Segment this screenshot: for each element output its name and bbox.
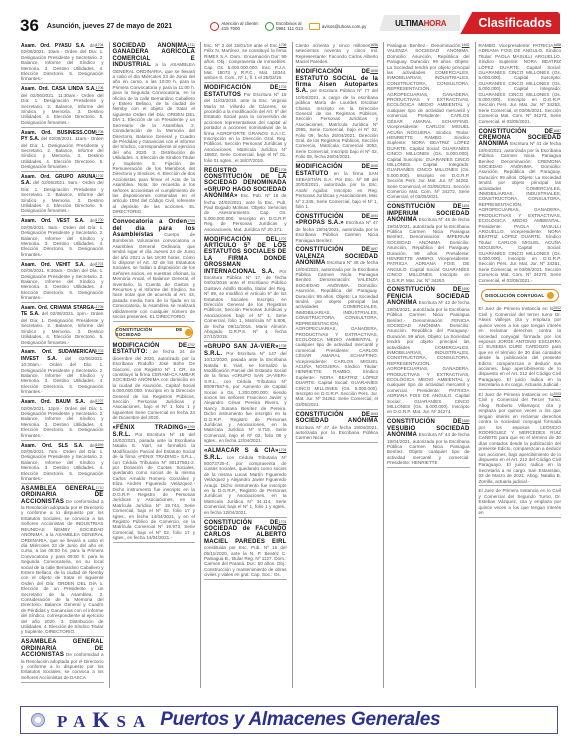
notice-code: 1703: [279, 85, 287, 90]
legal-notice: 1706Esc. Nº 3 del 15/01/19 ante el Esc. …: [204, 43, 287, 83]
notice-code: 1701: [279, 520, 287, 525]
paksa-advertisement[interactable]: PAKSA Puertos y Almacenes Generales: [20, 706, 558, 734]
brand-letter: A: [73, 712, 92, 731]
notice-body: Escritura Nº 48 de fecha 19/04/2021, aut…: [296, 260, 379, 407]
legal-notice: 1690CONSTITUCIÓN DE FENICIA SOCIEDAD ANÓ…: [387, 287, 470, 417]
legal-notice: 1699Asam. Ord. SLS S.A. del 02/06/2021. …: [21, 443, 104, 484]
notice-title: Asam. Ord. SLS S.A.: [21, 443, 84, 449]
notice-code: 1700: [96, 218, 104, 223]
legal-notice: 1709Convocatoria a Orden del día para lo…: [113, 219, 196, 322]
notice-body: Por Escritura Nº 15 del 15/02/2021, pasa…: [113, 432, 196, 541]
notice-body: del 02/06/2021. 8am.- Orden del Día: 1. …: [21, 218, 104, 256]
notice-body: El Juez de Primera Instancia en lo Civil…: [479, 488, 562, 515]
legal-notice: 1702Asam. Ord. GRUPO ARUNA S.A. del 02/0…: [21, 174, 104, 216]
section-icon: [185, 329, 192, 336]
contact-phone[interactable]: Atención al cliente:415 7000: [210, 21, 259, 31]
legal-notice: 1693CONSTITUCIÓN DE SOCIEDAD ANÓNIMA Esc…: [296, 412, 379, 444]
notice-title: Asam. Ord. PYASU S.A.: [21, 43, 85, 49]
classifieds-columns: 1704Asam. Ord. PYASU S.A. del 02/06/2021…: [18, 42, 564, 688]
contact-value: avisos@uhora.com.py: [322, 24, 367, 29]
notice-code: 1703: [96, 349, 104, 354]
legal-notice: 1696Ciento ochenta y cinco millones sete…: [296, 43, 379, 67]
legal-notice: 1708Asam. Ord. BUSINESS.COM PY S.A. del …: [21, 130, 104, 172]
notice-code: 1698: [370, 69, 378, 74]
notice-code: 1707: [279, 237, 287, 242]
section-label: CONSTITUCIÓN DE SOCIEDAD: [115, 326, 194, 339]
notice-body: Por Escritura Nº 15 del 11/03/2019, ante…: [204, 92, 287, 163]
column-6: 1688RAMBO. Vicepresidente: PATRICIA ADRI…: [475, 42, 565, 688]
page-header: 36 Asunción, jueves 27 de mayo de 2021 A…: [20, 12, 560, 40]
notice-code: 1690: [462, 287, 470, 292]
legal-notice: 1702MODIFICACIÓN DE ESTATUTO: de fecha 2…: [113, 343, 196, 423]
notice-body: por Escritura Pública Nº 77 del 10/04/20…: [296, 88, 379, 159]
legal-notice: 1695MODIFICACIÓN DE ESTATUTO en la firma…: [296, 164, 379, 212]
legal-notice: 1701Asam. Ord. VEHIT S.A. del 02/06/2021…: [21, 262, 104, 303]
legal-notice: 1698MODIFICACIÓN DE ESTATUTO SOCIAL de l…: [296, 69, 379, 162]
notice-body: del 02/06/2021. 10am.- Orden del Día: 1.…: [21, 43, 104, 81]
notice-code: 1687: [553, 129, 561, 134]
logo-ultima: ULTIMA: [395, 19, 423, 28]
page-number: 36: [20, 16, 39, 36]
paksa-brand: PAKSA: [57, 707, 152, 733]
notice-code: 1702: [187, 343, 195, 348]
legal-notice: 1692Paniagua Benítez.- Denominación: VAL…: [387, 43, 470, 202]
notice-body: de fecha 24 de diciembre del 2020, autor…: [113, 349, 196, 420]
notice-code: 1702: [96, 174, 104, 179]
brand-letter: K: [92, 707, 116, 732]
notice-body: constituida por Esc. Pub. Nº 16 del 05/1…: [204, 545, 287, 577]
notice-body: Paniagua Benítez.- Denominación: VALENZA…: [387, 43, 470, 199]
notice-code: 1710: [96, 486, 104, 491]
notice-body: del 02/06/2021. 12pm.- Orden del Día: 1.…: [21, 399, 104, 437]
legal-notice: 1701CONSTITUCIÓN DE SOCIEDAD de FACUNDO …: [204, 520, 287, 581]
mail-icon: [309, 23, 320, 30]
legal-notice: El Juez de Primera Instancia en lo Civil…: [479, 488, 562, 518]
notice-code: 1691: [462, 204, 470, 209]
notice-body: Por Escritura Pública Nº 17, de fecha 04…: [204, 269, 287, 340]
notice-body: Escritura Nº 45 de fecha 19/04/2021, aut…: [387, 217, 470, 282]
legal-notice: 1700Asam. Ord. VEST S.A. del 02/06/2021.…: [21, 218, 104, 259]
legal-notice: 1705Asam. Ord. CRIAMIA STARGA-TE S.A. de…: [21, 305, 104, 347]
section-brand: ULTIMAHORA Clasificados: [379, 12, 560, 34]
notice-title: MODIFICACIÓN DEL ARTÍCULO 5º DE LOS ESTA…: [204, 237, 287, 275]
notice-code: 1708: [96, 130, 104, 135]
notice-code: 1694: [370, 214, 378, 219]
notice-body: Escritura Nº 41 de fecha 19/04/2021, aut…: [479, 141, 562, 282]
legal-notice: 1704Asam. Ord. PYASU S.A. del 02/06/2021…: [21, 43, 104, 84]
notice-body: Escritura Nº 42 de fecha 19/04/2021, aut…: [387, 300, 470, 414]
contact-value: 415 7000: [221, 26, 240, 31]
legal-notice: 1705REGISTRO DE CONSTITUCIÓN DE LA SOCIE…: [204, 168, 287, 235]
column-1: 1704Asam. Ord. PYASU S.A. del 02/06/2021…: [18, 42, 107, 688]
notice-code: 1704: [96, 43, 104, 48]
notice-code: 1695: [370, 164, 378, 169]
notice-title: Asam. Ord. BAUM S.A.: [21, 399, 85, 405]
notice-code: 1707: [96, 399, 104, 404]
notice-body: del 02/06/2021. 10:30am.- Orden del Día:…: [21, 356, 104, 394]
column-5: 1692Paniagua Benítez.- Denominación: VAL…: [383, 42, 473, 688]
notice-code: 1708: [279, 344, 287, 349]
notice-code: 1697: [370, 247, 378, 252]
newspaper-logo: ULTIMAHORA: [379, 15, 460, 31]
legal-notice: 1710ASAMBLEA GENERAL ORDINARIA DE ACCION…: [21, 486, 104, 637]
legal-notice: 1707Asam. Ord. BAUM S.A. del 02/06/2021.…: [21, 399, 104, 440]
notice-title: Asam. Ord. VEHIT S.A.: [21, 262, 85, 268]
notice-code: 1705: [279, 168, 287, 173]
contact-whatsapp[interactable]: Escribinos al0981 111 013: [265, 21, 303, 31]
notice-body: en la firma SAN SEBASTIÁN S.A. Por Esc. …: [296, 171, 379, 209]
column-3: 1706Esc. Nº 3 del 15/01/19 ante el Esc. …: [200, 42, 290, 688]
notice-title: Asam. Ord. CASA LINDA S.A.: [21, 86, 96, 92]
notice-code: 1711: [187, 43, 195, 48]
paksa-tagline: Puertos y Almacenes Generales: [160, 709, 440, 731]
whatsapp-icon: [265, 22, 274, 31]
contact-bar: Atención al cliente:415 7000 Escribinos …: [210, 21, 366, 31]
section-title: Clasificados: [460, 12, 560, 34]
column-4: 1696Ciento ochenta y cinco millones sete…: [292, 42, 382, 688]
notice-body: del 02/06/2021. 9am.- Orden del Día: 1. …: [21, 180, 104, 213]
notice-body: El Juez de Primera Instancia en lo Civil…: [479, 392, 562, 484]
notice-code: 1689: [462, 419, 470, 424]
notice-body: Esc. Pub. Nº 16 de fecha 24/02/2021, ant…: [204, 193, 287, 231]
notice-body: del 02/06/2021. 8:30am.- Orden del Día: …: [21, 262, 104, 300]
contact-email[interactable]: avisos@uhora.com.py: [309, 23, 367, 30]
notice-body: Ciento ochenta y cinco millones setecien…: [296, 43, 379, 64]
page-date: Asunción, jueves 27 de mayo de 2021: [47, 23, 172, 30]
legal-notice: 1711SOCIEDAD ANÓNIMA GANADERA AGRÍCOLA C…: [113, 43, 196, 217]
notice-title: Asam. Ord. VEST S.A.: [21, 218, 85, 224]
section-label-text: CONSTITUCIÓN DE SOCIEDAD: [116, 327, 183, 338]
notice-body: Por Escritura Nº 147 del 10/12/2020, pas…: [204, 351, 287, 444]
notice-code: 1699: [96, 443, 104, 448]
legal-notice: 1703Asam. Ord. SUDAMERICAN INVEST S.A. d…: [21, 349, 104, 397]
notice-code: 1693: [370, 412, 378, 417]
section-label-text: DISOLUCIÓN CONYUGAL: [485, 293, 544, 298]
notice-body: del 02/06/2021. 7am.- Orden del Día: 1. …: [21, 443, 104, 481]
legal-notice: 1703MODIFICACIÓN DE ESTATUTOS Por Escrit…: [204, 85, 287, 165]
brand-letter: S: [117, 712, 133, 731]
notice-body: con Cédula Tributaria Nº 80073725-4, por…: [204, 455, 287, 515]
legal-notice: 1704«ALMACAR S & CIA» S.R.L. con Cédula …: [204, 448, 287, 517]
legal-notice: 1697CONSTITUCIÓN DE VALENZA SOCIEDAD ANÓ…: [296, 247, 379, 409]
contact-value: 0981 111 013: [276, 26, 303, 31]
legal-notice: 1689CONSTITUCIÓN DE VESUBIO SOCIEDAD ANÓ…: [387, 419, 470, 468]
notice-body: RAMBO. Vicepresidente: PATRICIA ADRIANA …: [479, 43, 562, 124]
notice-title: CONSTITUCIÓN DE SOCIEDAD ANÓNIMA: [296, 412, 379, 424]
notice-body: Cuerpo de Bomberos Voluntarios convocato…: [113, 232, 196, 319]
legal-notice: 1688RAMBO. Vicepresidente: PATRICIA ADRI…: [479, 43, 562, 127]
notice-body: Escritura Nº 47 de fecha 19/04/2021, aut…: [296, 425, 379, 441]
section-label: DISOLUCIÓN CONYUGAL: [481, 289, 560, 302]
paksa-logo-icon: [31, 713, 45, 727]
legal-notice: 1700«FÉNIX TRADING» S.R.L. Por Escritura…: [113, 425, 196, 543]
section-icon: [547, 292, 554, 299]
notice-body: del 02/06/2021. 11:30am.- Orden del Día:…: [21, 93, 104, 125]
notice-body: De conformidad a la Resolución adoptada …: [21, 499, 104, 635]
notice-code: 1704: [279, 448, 287, 453]
notice-code: 1709: [187, 219, 195, 224]
brand-letter: A: [133, 712, 152, 731]
logo-hora: HORA: [424, 19, 447, 28]
phone-icon: [210, 22, 219, 31]
legal-notice: ASAMBLEA GENERAL ORDINARIA DE ACCIONISTA…: [21, 639, 104, 682]
legal-notice: 1707MODIFICACIÓN DEL ARTÍCULO 5º DE LOS …: [204, 237, 287, 343]
notice-body: a la ASAMBLEA GENERAL ORDINARIA, que se …: [113, 62, 196, 214]
notice-code: 1701: [96, 262, 104, 267]
notice-code: 1705: [96, 305, 104, 310]
legal-notice: 1694CONSTITUCIÓN DE «PROPAS S.A.» Escrit…: [296, 214, 379, 246]
notice-code: 1706: [96, 86, 104, 91]
legal-notice: 2002El Juez de Primera Instancia en lo C…: [479, 306, 562, 390]
legal-notice: 1706Asam. Ord. CASA LINDA S.A. del 02/06…: [21, 86, 104, 127]
legal-notice: 2003El Juez de Primera Instancia en lo C…: [479, 392, 562, 486]
notice-body: El Juez de Primera Instancia en lo Civil…: [479, 306, 562, 387]
brand-letter: P: [57, 712, 73, 731]
legal-notice: 1687CONSTITUCIÓN DE CREMONA SOCIEDAD ANÓ…: [479, 129, 562, 286]
notice-title: CONSTITUCIÓN DE SOCIEDAD de FACUNDO CARL…: [204, 520, 287, 545]
notice-code: 1700: [187, 425, 195, 430]
legal-notice: 1708«GRUPO SAN JA-VIER» S.R.L. Por Escri…: [204, 344, 287, 446]
legal-notice: 1691CONSTITUCIÓN DE IMPERIUM SOCIEDAD AN…: [387, 204, 470, 285]
notice-body: Esc. Nº 3 del 15/01/19 ante el Esc. Féli…: [204, 43, 287, 80]
column-2: 1711SOCIEDAD ANÓNIMA GANADERA AGRÍCOLA C…: [109, 42, 199, 688]
